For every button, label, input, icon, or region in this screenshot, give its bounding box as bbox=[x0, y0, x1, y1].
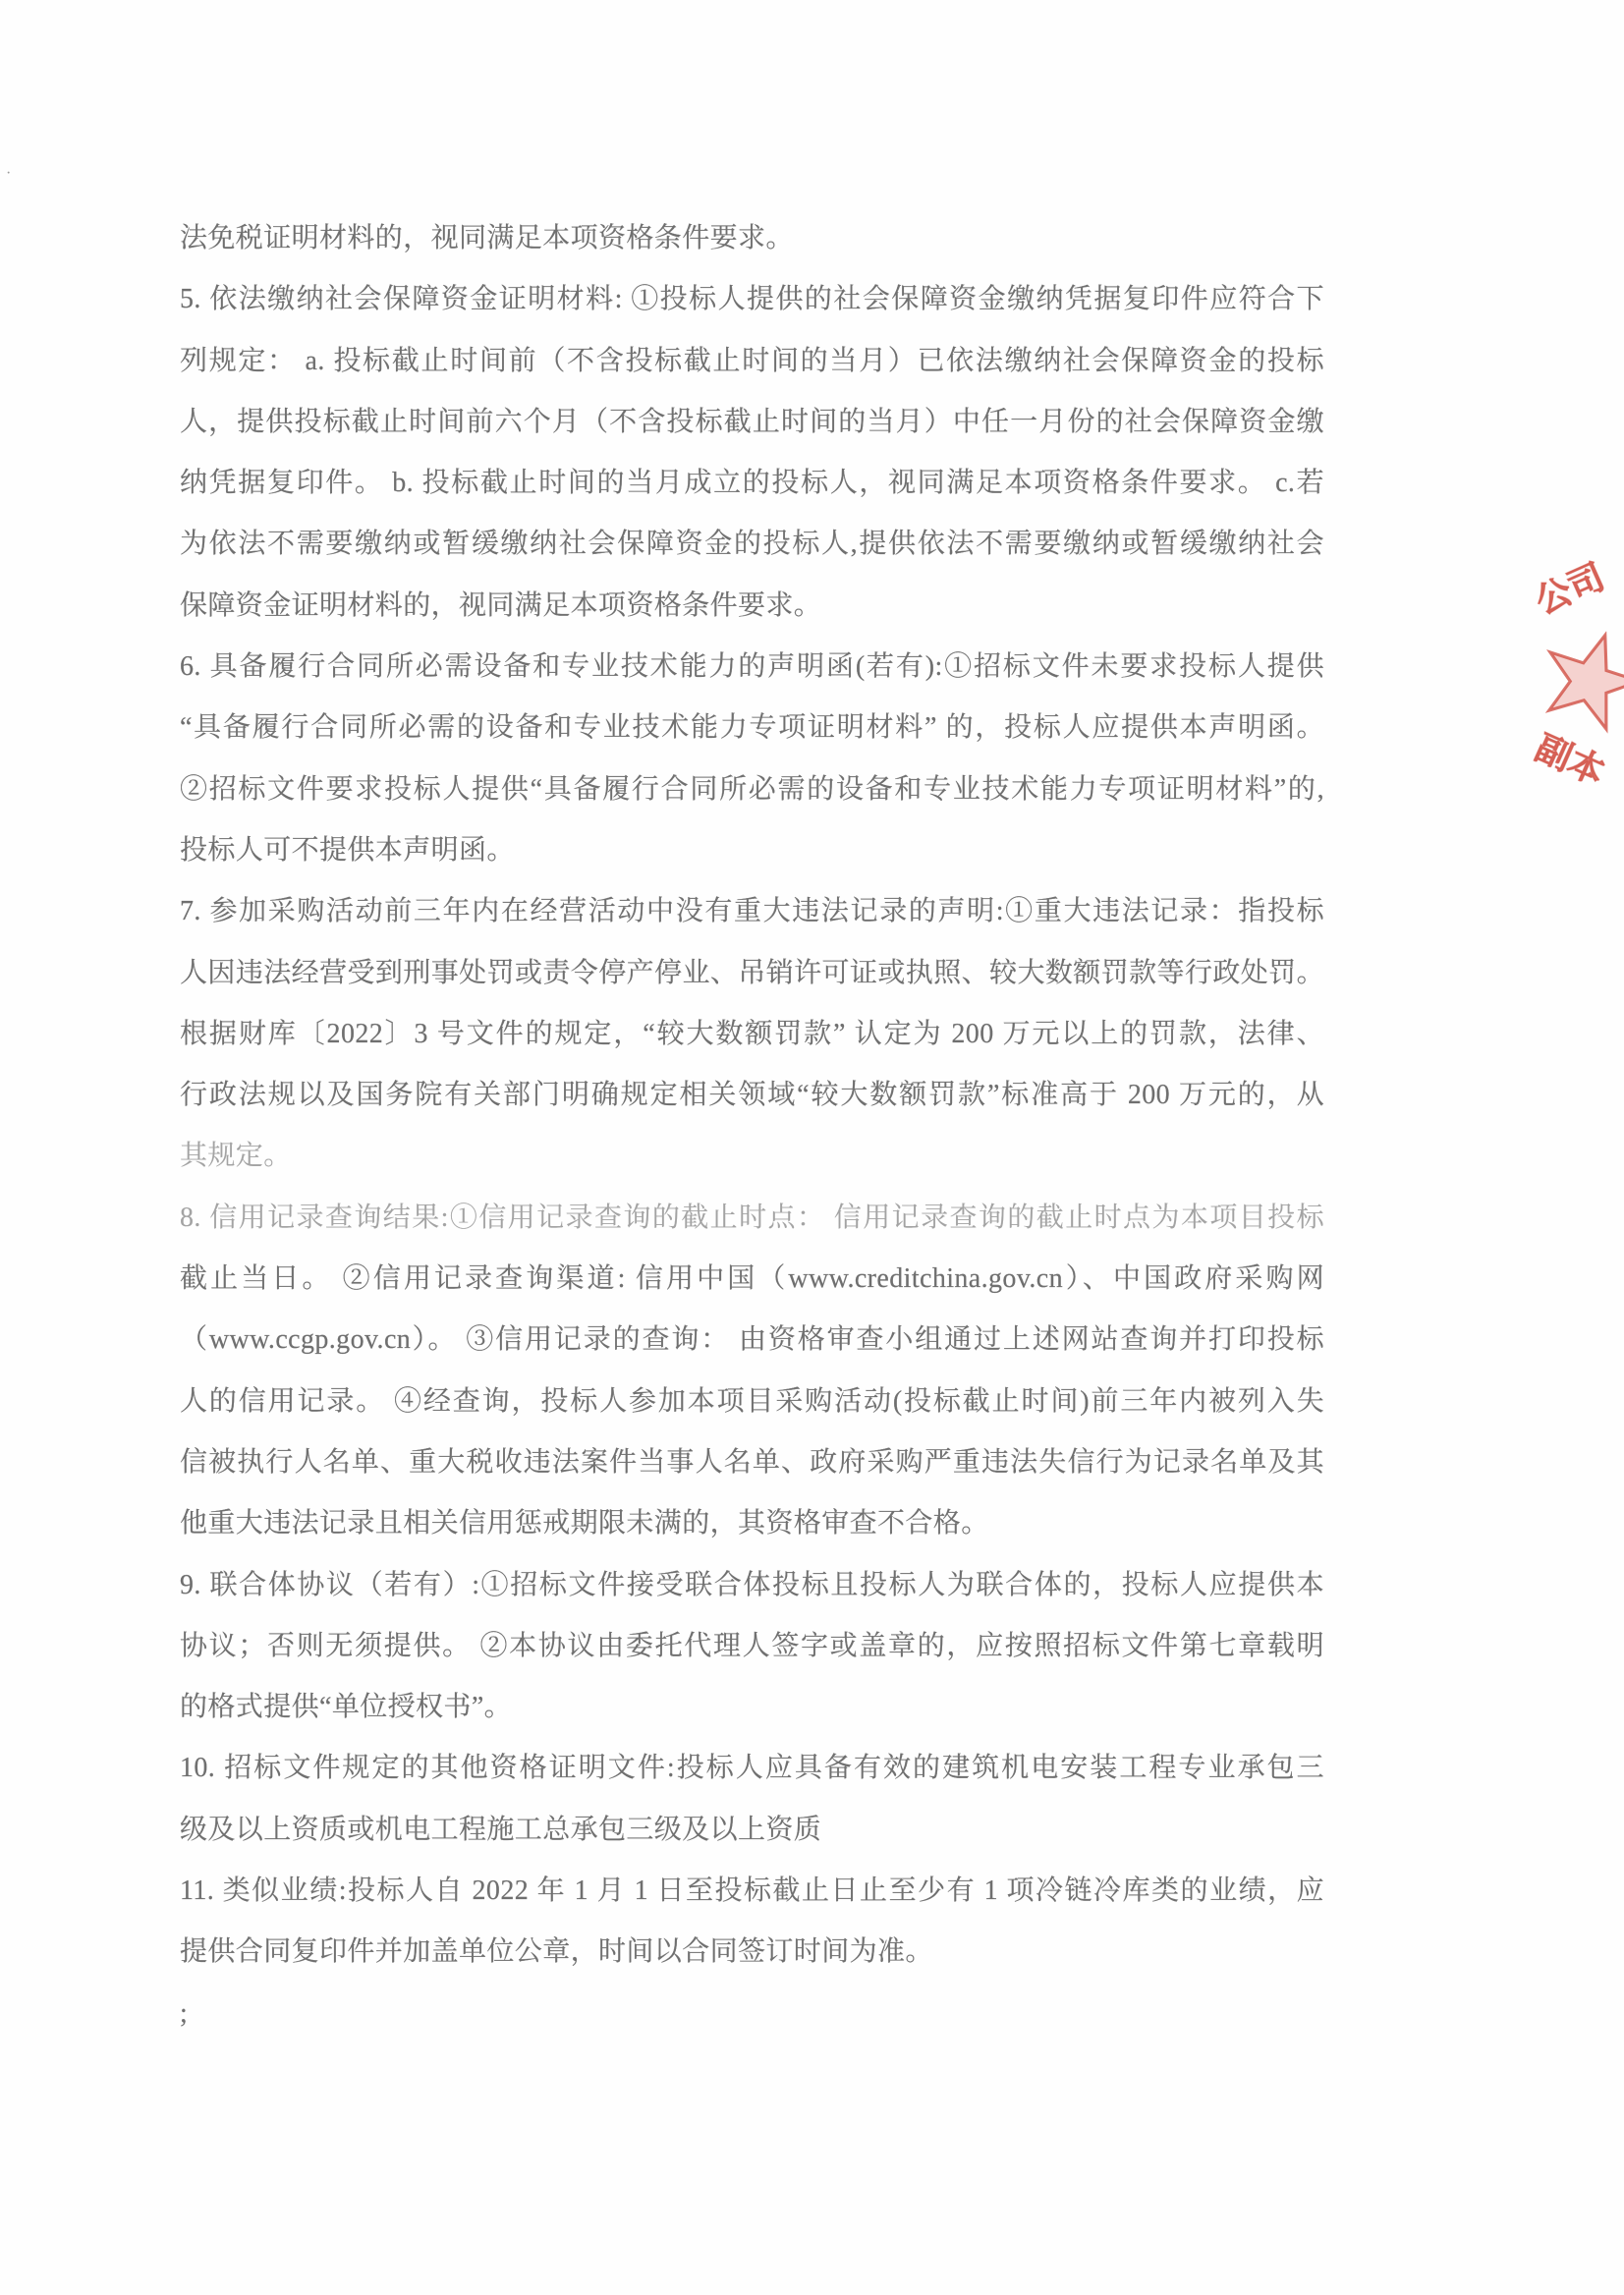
text-line: 的格式提供“单位授权书”。 bbox=[180, 1677, 1324, 1738]
scan-artifact: · bbox=[6, 165, 11, 183]
text-line: 人因违法经营受到刑事处罚或责令停产停业、吊销许可证或执照、较大数额罚款等行政处罚… bbox=[180, 943, 1324, 1004]
text-line: 法免税证明材料的，视同满足本项资格条件要求。 bbox=[180, 208, 1324, 269]
text-line: “具备履行合同所必需的设备和专业技术能力专项证明材料” 的，投标人应提供本声明函… bbox=[180, 698, 1324, 758]
text-line: ; bbox=[180, 1984, 1324, 2044]
seal-bottom-text: 副本 bbox=[1529, 721, 1614, 796]
text-line: （www.ccgp.gov.cn）。 ③信用记录的查询： 由资格审查小组通过上述… bbox=[180, 1310, 1324, 1371]
text-line: 信被执行人名单、重大税收违法案件当事人名单、政府采购严重违法失信行为记录名单及其 bbox=[180, 1432, 1324, 1493]
text-line: 根据财库〔2022〕3 号文件的规定，“较大数额罚款” 认定为 200 万元以上… bbox=[180, 1004, 1324, 1065]
text-line: 人的信用记录。 ④经查询，投标人参加本项目采购活动(投标截止时间)前三年内被列入… bbox=[180, 1371, 1324, 1432]
text-line: 其规定。 bbox=[180, 1126, 1324, 1187]
company-seal: 公司 副本 bbox=[1526, 558, 1624, 804]
text-line: 9. 联合体协议（若有）:①招标文件接受联合体投标且投标人为联合体的，投标人应提… bbox=[180, 1555, 1324, 1616]
text-line: 提供合同复印件并加盖单位公章，时间以合同签订时间为准。 bbox=[180, 1922, 1324, 1983]
text-line: 7. 参加采购活动前三年内在经营活动中没有重大违法记录的声明:①重大违法记录：指… bbox=[180, 881, 1324, 942]
text-line: 8. 信用记录查询结果:①信用记录查询的截止时点： 信用记录查询的截止时点为本项… bbox=[180, 1188, 1324, 1249]
text-line: 保障资金证明材料的，视同满足本项资格条件要求。 bbox=[180, 576, 1324, 637]
document-body: 法免税证明材料的，视同满足本项资格条件要求。5. 依法缴纳社会保障资金证明材料:… bbox=[180, 208, 1324, 2044]
text-line: 协议；否则无须提供。 ②本协议由委托代理人签字或盖章的，应按照招标文件第七章载明 bbox=[180, 1616, 1324, 1677]
text-line: 10. 招标文件规定的其他资格证明文件:投标人应具备有效的建筑机电安装工程专业承… bbox=[180, 1738, 1324, 1799]
text-line: 人，提供投标截止时间前六个月（不含投标截止时间的当月）中任一月份的社会保障资金缴 bbox=[180, 392, 1324, 453]
text-line: ②招标文件要求投标人提供“具备履行合同所必需的设备和专业技术能力专项证明材料”的… bbox=[180, 759, 1324, 820]
text-line: 11. 类似业绩:投标人自 2022 年 1 月 1 日至投标截止日止至少有 1… bbox=[180, 1861, 1324, 1922]
text-line: 为依法不需要缴纳或暂缓缴纳社会保障资金的投标人,提供依法不需要缴纳或暂缓缴纳社会 bbox=[180, 514, 1324, 575]
text-line: 级及以上资质或机电工程施工总承包三级及以上资质 bbox=[180, 1800, 1324, 1861]
document-page: · 法免税证明材料的，视同满足本项资格条件要求。5. 依法缴纳社会保障资金证明材… bbox=[0, 0, 1624, 2295]
text-line: 列规定： a. 投标截止时间前（不含投标截止时间的当月）已依法缴纳社会保障资金的… bbox=[180, 331, 1324, 392]
text-line: 5. 依法缴纳社会保障资金证明材料: ①投标人提供的社会保障资金缴纳凭据复印件应… bbox=[180, 269, 1324, 330]
text-line: 纳凭据复印件。 b. 投标截止时间的当月成立的投标人，视同满足本项资格条件要求。… bbox=[180, 453, 1324, 514]
seal-star-icon bbox=[1526, 615, 1624, 744]
text-line: 截止当日。 ②信用记录查询渠道: 信用中国（www.creditchina.go… bbox=[180, 1249, 1324, 1310]
text-line: 行政法规以及国务院有关部门明确规定相关领域“较大数额罚款”标准高于 200 万元… bbox=[180, 1065, 1324, 1126]
seal-top-text: 公司 bbox=[1527, 550, 1612, 625]
text-line: 投标人可不提供本声明函。 bbox=[180, 820, 1324, 881]
text-line: 6. 具备履行合同所必需设备和专业技术能力的声明函(若有):①招标文件未要求投标… bbox=[180, 637, 1324, 698]
text-line: 他重大违法记录且相关信用惩戒期限未满的，其资格审查不合格。 bbox=[180, 1493, 1324, 1554]
